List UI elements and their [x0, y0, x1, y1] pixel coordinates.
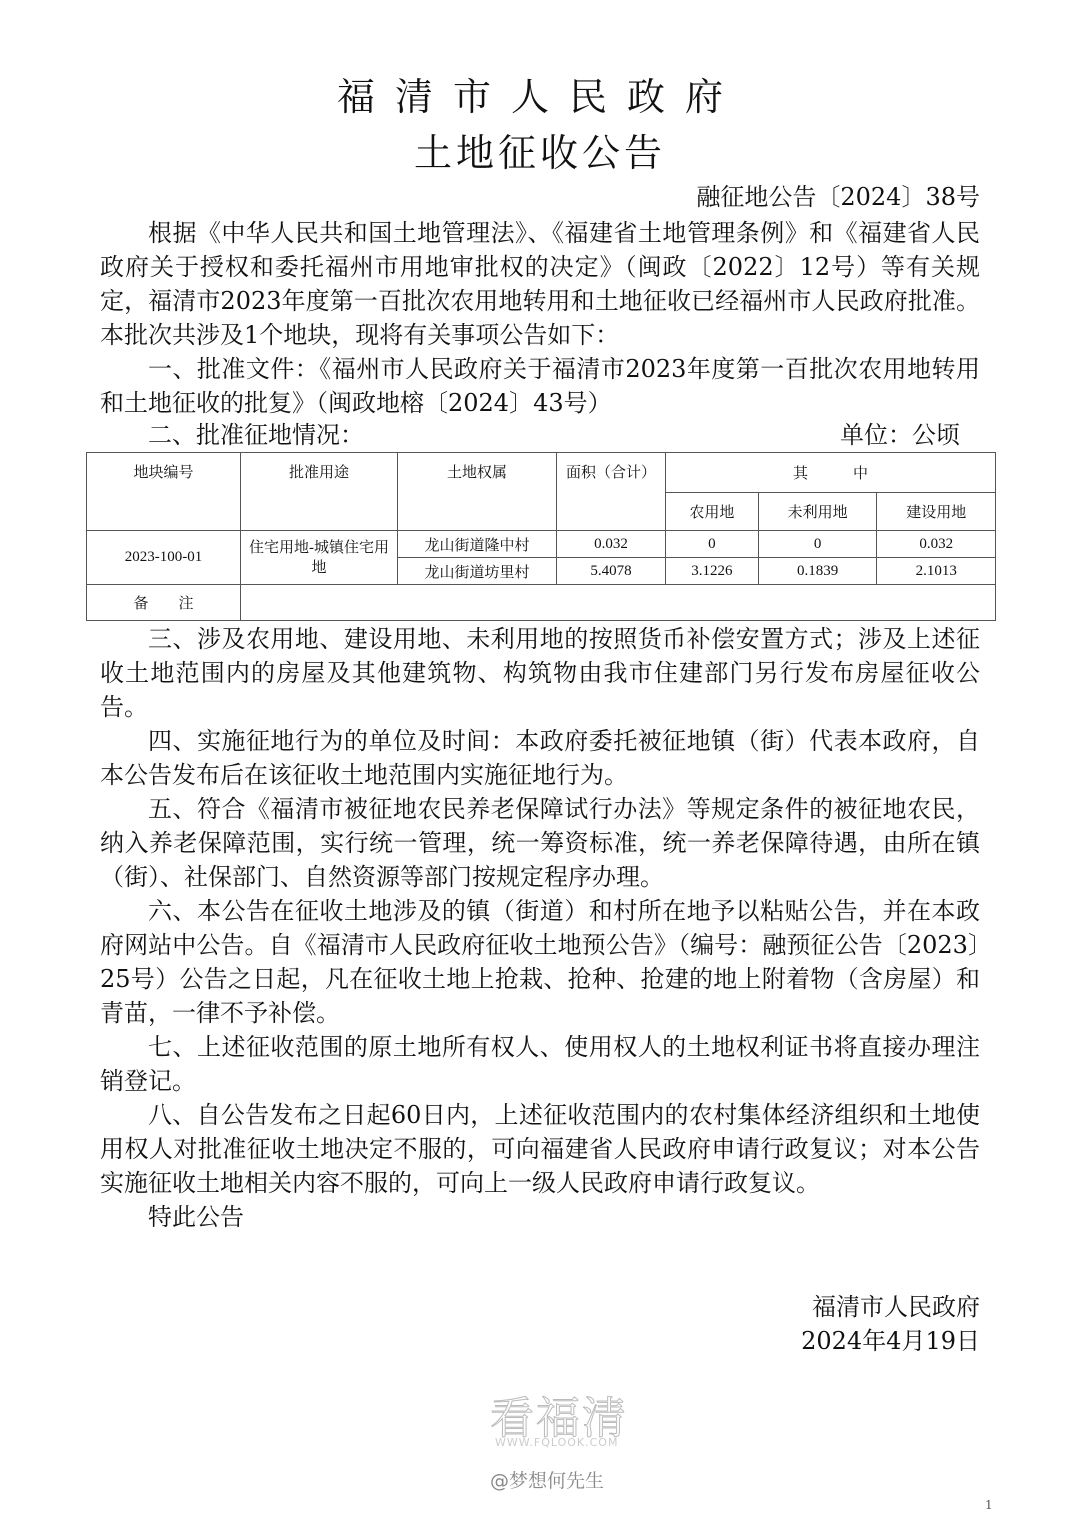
issuer-title: 福清市人民政府: [0, 72, 1080, 122]
th-construction: 建设用地: [877, 493, 996, 531]
cell-approved-use: 住宅用地-城镇住宅用地: [241, 531, 398, 585]
closing: 特此公告: [100, 1200, 980, 1234]
page-number: 1: [985, 1498, 993, 1512]
signature-issuer: 福清市人民政府: [801, 1290, 980, 1324]
remarks-value: [241, 585, 996, 621]
watermark-url: WWW.FQLOOK.COM: [495, 1436, 618, 1449]
unit-label: 单位：公顷: [840, 418, 960, 452]
intro-paragraph: 根据《中华人民共和国土地管理法》、《福建省土地管理条例》和《福建省人民政府关于授…: [100, 216, 980, 352]
cell-farmland: 3.1226: [666, 558, 759, 585]
section-6: 六、本公告在征收土地涉及的镇（街道）和村所在地予以粘贴公告，并在本政府网站中公告…: [100, 894, 980, 1030]
section-8: 八、自公告发布之日起60日内，上述征收范围内的农村集体经济组织和土地使用权人对批…: [100, 1098, 980, 1200]
remarks-label: 备 注: [87, 585, 241, 621]
author-credit: @梦想何先生: [490, 1466, 604, 1493]
th-area-total: 面积（合计）: [557, 453, 666, 531]
th-farmland: 农用地: [666, 493, 759, 531]
cell-construction: 2.1013: [877, 558, 996, 585]
section-2-label: 二、批准征地情况：: [148, 418, 364, 452]
cell-area-total: 5.4078: [557, 558, 666, 585]
intro-section: 根据《中华人民共和国土地管理法》、《福建省土地管理条例》和《福建省人民政府关于授…: [100, 216, 980, 420]
th-unused: 未利用地: [758, 493, 877, 531]
signature-date: 2024年4月19日: [801, 1324, 980, 1358]
land-table: 地块编号 批准用途 土地权属 面积（合计） 其 中 农用地 未利用地 建设用地 …: [86, 452, 996, 621]
table-row: 2023-100-01 住宅用地-城镇住宅用地 龙山街道隆中村 0.032 0 …: [87, 531, 996, 558]
notice-title: 土地征收公告: [0, 128, 1080, 178]
cell-parcel-id: 2023-100-01: [87, 531, 241, 585]
cell-construction: 0.032: [877, 531, 996, 558]
section-3: 三、涉及农用地、建设用地、未利用地的按照货币补偿安置方式；涉及上述征收土地范围内…: [100, 622, 980, 724]
cell-ownership: 龙山街道坊里村: [398, 558, 557, 585]
signature-block: 福清市人民政府 2024年4月19日: [801, 1290, 980, 1358]
th-ownership: 土地权属: [398, 453, 557, 531]
cell-unused: 0: [758, 531, 877, 558]
section-1: 一、批准文件：《福州市人民政府关于福清市2023年度第一百批次农用地转用和土地征…: [100, 352, 980, 420]
th-of-which: 其 中: [666, 453, 996, 493]
cell-area-total: 0.032: [557, 531, 666, 558]
cell-unused: 0.1839: [758, 558, 877, 585]
th-parcel-id: 地块编号: [87, 453, 241, 531]
cell-ownership: 龙山街道隆中村: [398, 531, 557, 558]
document-number: 融征地公告〔2024〕38号: [696, 180, 980, 214]
section-7: 七、上述征收范围的原土地所有权人、使用权人的土地权利证书将直接办理注销登记。: [100, 1030, 980, 1098]
sections-3-to-8: 三、涉及农用地、建设用地、未利用地的按照货币补偿安置方式；涉及上述征收土地范围内…: [100, 622, 980, 1234]
cell-farmland: 0: [666, 531, 759, 558]
th-approved-use: 批准用途: [241, 453, 398, 531]
section-4: 四、实施征地行为的单位及时间：本政府委托被征地镇（街）代表本政府，自本公告发布后…: [100, 724, 980, 792]
section-5: 五、符合《福清市被征地农民养老保障试行办法》等规定条件的被征地农民，纳入养老保障…: [100, 792, 980, 894]
